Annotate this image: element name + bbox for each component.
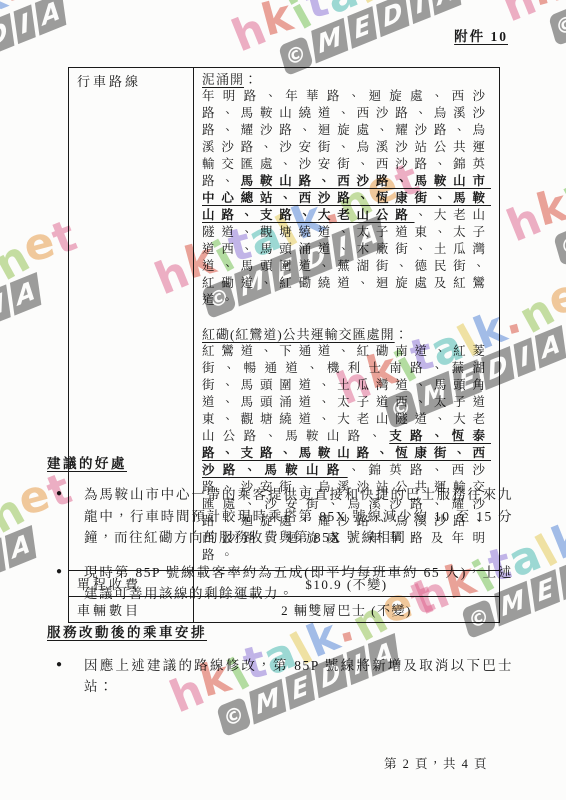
bullet-item: ● 現時第 85P 號線載客率約為五成(即平均每班車約 65 人)，上述建議可善… [47, 562, 513, 605]
page-number: 第 2 頁，共 4 頁 [384, 754, 488, 772]
route-direction-1-text: 年明路、年華路、迴旋處、西沙路、馬鞍山繞道、西沙路、烏溪沙路、耀沙路、迴旋處、耀… [202, 88, 491, 309]
bullet-item: ● 因應上述建議的路線修改，第 85P 號線將新增及取消以下巴士站： [47, 655, 513, 698]
section-heading-arrangements: 服務改動後的乘車安排 [47, 621, 513, 641]
route-direction-2-heading: 紅磡(紅鸞道)公共運輸交匯處開： [202, 326, 491, 343]
bullet-text: 為馬鞍山市中心一帶的乘客提供更直接和快捷的巴士服務往來九龍中，行車時間預計較現時… [84, 484, 513, 549]
attachment-label: 附件 10 [454, 25, 508, 45]
colon: ： [395, 327, 409, 342]
bullet-icon: ● [47, 562, 84, 605]
bullet-text: 因應上述建議的路線修改，第 85P 號線將新增及取消以下巴士站： [84, 655, 513, 698]
route-direction-1-heading: 泥涌開： [202, 71, 491, 88]
body-sections: 建議的好處 ● 為馬鞍山市中心一帶的乘客提供更直接和快捷的巴士服務往來九龍中，行… [47, 452, 513, 711]
watermark: hkitalk.net©MEDIA [500, 100, 566, 279]
section-heading-benefits: 建議的好處 [47, 452, 513, 472]
route-text-segment: 、大老山隧道、觀塘繞道、太子道東、太子道西、馬頭涌道、木廠街、土瓜灣道、馬頭圍道… [202, 208, 491, 307]
direction-2-name: 紅磡(紅鸞道)公共運輸交匯處開 [202, 327, 395, 342]
bullet-item: ● 為馬鞍山市中心一帶的乘客提供更直接和快捷的巴士服務往來九龍中，行車時間預計較… [47, 484, 513, 549]
document-page: 附件 10 行車路線 泥涌開： 年明路、年華路、迴旋處、西沙路、馬鞍山繞道、西沙… [0, 0, 566, 800]
bullet-text: 現時第 85P 號線載客率約為五成(即平均每班車約 65 人)，上述建議可善用該… [84, 562, 513, 605]
paragraph-gap [202, 309, 491, 326]
colon: ： [244, 72, 258, 87]
direction-1-name: 泥涌開 [202, 72, 244, 87]
bullet-icon: ● [47, 484, 84, 549]
bullet-icon: ● [47, 655, 84, 698]
